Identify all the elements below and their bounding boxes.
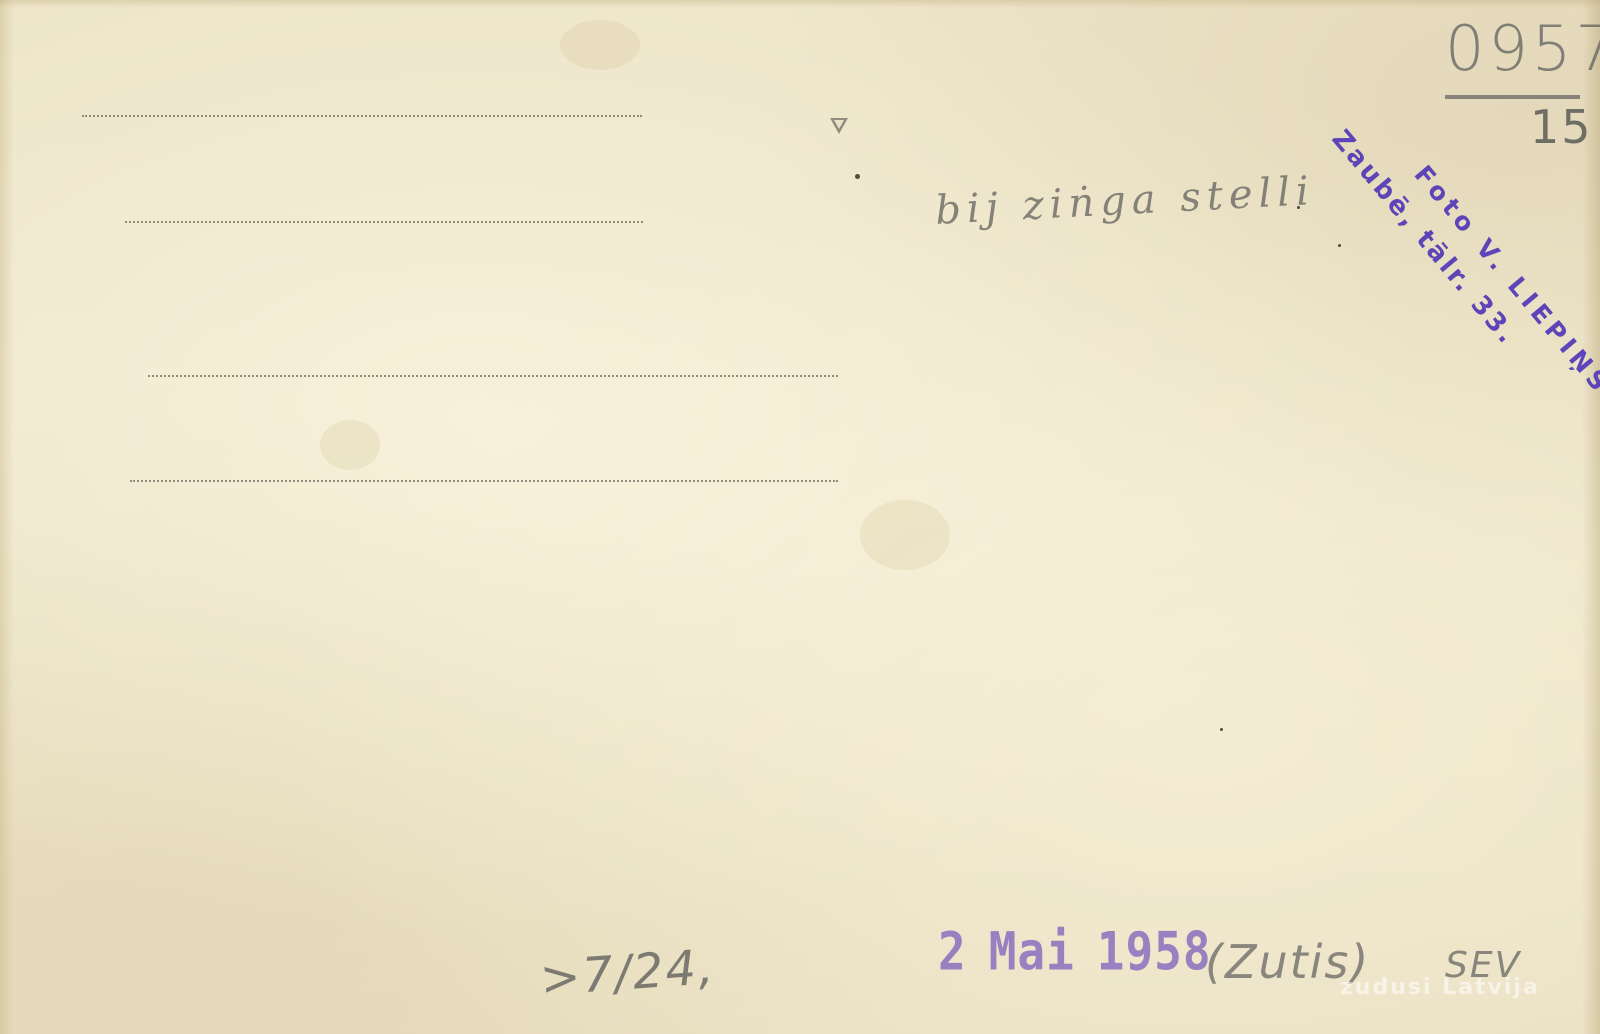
handwritten-note: bij ziṅga stelli (934, 168, 1316, 234)
catalog-divider (1445, 95, 1580, 99)
paper-stain (860, 500, 950, 570)
catalog-number: 0957 (1445, 12, 1600, 85)
date-stamp: 2Mai1958 (938, 920, 1234, 982)
ink-dot (1220, 728, 1223, 731)
paper-stain (560, 20, 640, 70)
postcard-back: bij ziṅga stelli 0957 15 Foto V. LIEPIŅŠ… (0, 0, 1600, 1034)
ink-dot (855, 174, 860, 179)
paper-edge-top (0, 0, 1600, 8)
paper-edge-left (0, 0, 14, 1034)
catalog-sub-number: 15 (1530, 100, 1593, 154)
date-month: Mai (989, 920, 1075, 982)
triangle-down-icon (830, 118, 848, 134)
address-line-4 (130, 480, 838, 482)
date-year: 1958 (1097, 920, 1212, 982)
stamp-photographer-name: Foto V. LIEPIŅŠ (1408, 160, 1600, 400)
address-line-3 (148, 375, 838, 377)
address-line-2 (125, 221, 643, 223)
ink-dot (1338, 244, 1341, 247)
archive-reference: >7/24, (538, 939, 717, 1007)
watermark: zudusi Latvija (1340, 975, 1540, 1000)
paper-edge-right (1582, 0, 1600, 1034)
paper-stain (320, 420, 380, 470)
date-day: 2 (938, 920, 967, 982)
address-line-1 (82, 115, 642, 117)
